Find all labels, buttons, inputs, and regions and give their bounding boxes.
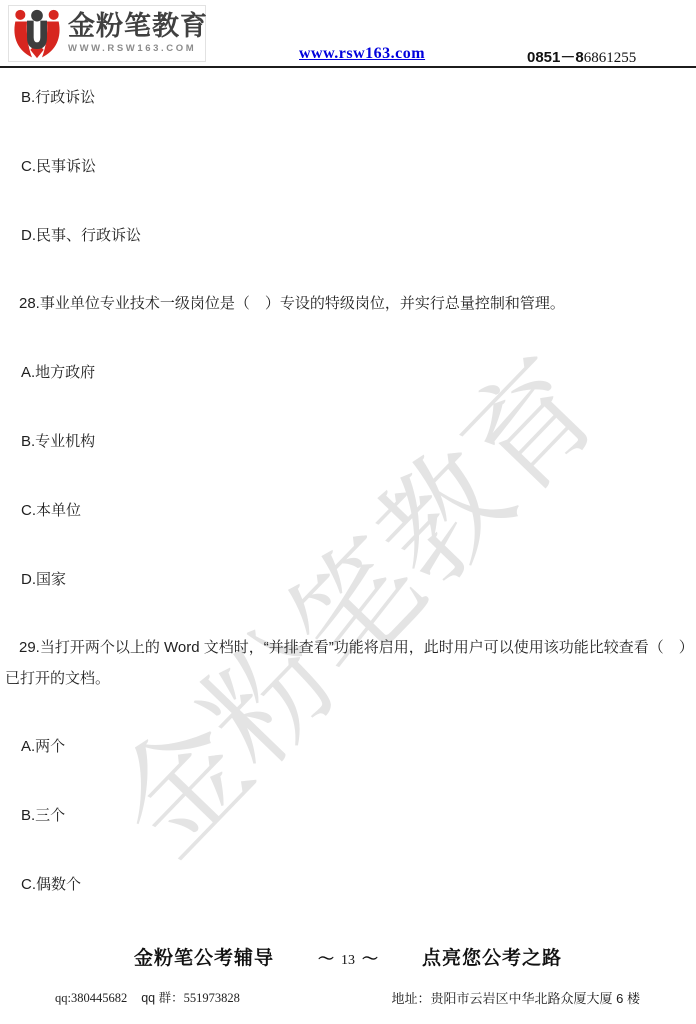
brand-logo-text: 金粉笔教育 WWW.RSW163.COM: [68, 13, 208, 54]
question-29-text-line2: 已打开的文档。: [5, 669, 110, 689]
option-28-d: D.国家: [21, 570, 66, 590]
option-28-c: C.本单位: [21, 501, 81, 521]
qq-group-number: 551973828: [184, 991, 240, 1005]
qq-number: qq:380445682: [55, 991, 127, 1005]
page-tilde-left: ～: [318, 946, 334, 969]
brand-site-url: WWW.RSW163.COM: [68, 44, 208, 54]
phone-number-bold: 0851－8: [527, 49, 584, 66]
footer-slogan-right: 点亮您公考之路: [422, 943, 562, 970]
question-29-text-line1: 29.当打开两个以上的 Word 文档时，“并排查看”功能将启用，此时用户可以使…: [19, 638, 694, 658]
option-27-c: C.民事诉讼: [21, 157, 96, 177]
option-29-a: A.两个: [21, 737, 65, 757]
website-link[interactable]: www.rsw163.com: [299, 45, 425, 63]
brand-watermark: 金粉笔教育: [82, 326, 634, 891]
phone-number: 0851－86861255: [527, 46, 636, 67]
footer-slogan-left: 金粉笔公考辅导: [134, 943, 274, 970]
header-divider: [0, 66, 696, 68]
document-page: 金粉笔教育 金粉笔教育 WWW.RSW163.COM www.rsw163.co…: [0, 0, 696, 1024]
phone-number-rest: 6861255: [584, 50, 637, 66]
page-number: 13: [341, 953, 355, 969]
qq-contact: qq:380445682qq 群：551973828: [55, 988, 240, 1006]
option-29-c: C.偶数个: [21, 875, 81, 895]
option-29-b: B.三个: [21, 806, 65, 826]
option-27-d: D.民事、行政诉讼: [21, 226, 141, 246]
brand-logo-icon: [12, 9, 62, 59]
brand-name: 金粉笔教育: [68, 13, 208, 40]
page-tilde-right: ～: [362, 946, 378, 969]
page-number-group: ～ 13 ～: [318, 946, 378, 969]
option-28-a: A.地方政府: [21, 363, 95, 383]
option-27-b: B.行政诉讼: [21, 88, 95, 108]
brand-logo: 金粉笔教育 WWW.RSW163.COM: [8, 5, 206, 62]
qq-group-label: qq 群：: [141, 991, 183, 1005]
address-text: 地址：贵阳市云岩区中华北路众厦大厦 6 楼: [392, 988, 640, 1007]
question-28-text: 28.事业单位专业技术一级岗位是（ ）专设的特级岗位，并实行总量控制和管理。: [19, 294, 565, 314]
footer-slogan-row: 金粉笔公考辅导 ～ 13 ～ 点亮您公考之路: [0, 943, 696, 970]
option-28-b: B.专业机构: [21, 432, 95, 452]
